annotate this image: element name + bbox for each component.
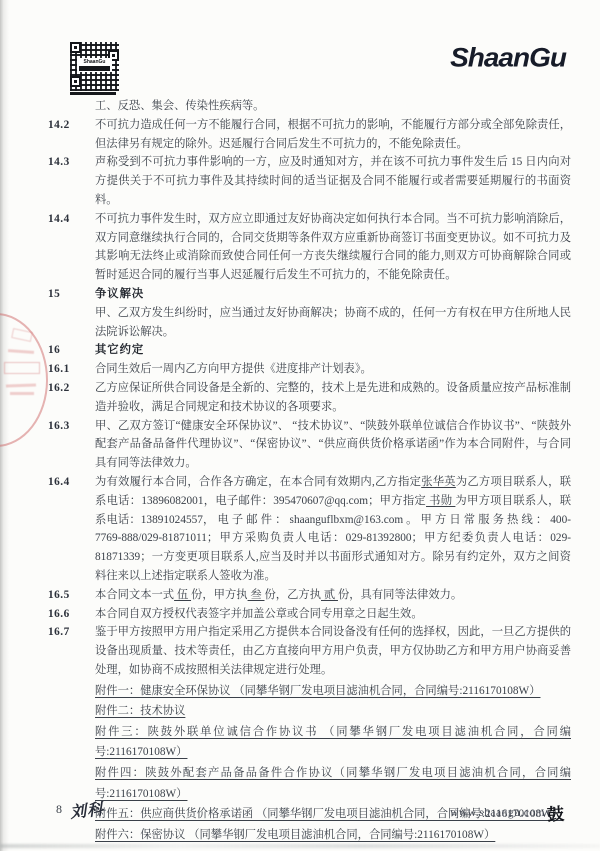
clause-number: 14.2: [48, 116, 95, 154]
clause-number: 15: [48, 285, 95, 304]
attachment-item: 附件四：陕鼓外配套产品备品备件合作协议（同攀华钢厂发电项目滤油机合同，合同编号:…: [95, 763, 571, 804]
clause-row: 14.4不可抗力事件发生时，双方应立即通过友好协商决定如何执行本合同。当不可抗力…: [48, 210, 571, 285]
clause-text: 合同生效后一周内乙方向甲方提供《进度排产计划表》。: [95, 360, 571, 379]
footer-logo-icon: 鼓: [546, 799, 565, 825]
clause-row: 15争议解决: [48, 285, 571, 304]
attachment-item: 附件二：技术协议: [95, 701, 571, 722]
clause-text: 不可抗力造成任何一方不能履行合同，根据不可抗力的影响，不能履行方部分或全部免除责…: [95, 116, 571, 154]
clause-list: 工、反恐、集会、传染性疾病等。14.2不可抗力造成任何一方不能履行合同，根据不可…: [48, 97, 571, 680]
clause-number: 16.2: [48, 379, 95, 417]
seal-mark: [10, 392, 34, 395]
clause-text: 乙方应保证所供合同设备是全新的、完整的，技术上是先进和成熟的。设备质量应按产品标…: [95, 379, 571, 417]
clause-row: 16其它约定: [48, 341, 571, 360]
clause-number: 16.5: [48, 586, 95, 605]
attachment-item: 附件一：健康安全环保协议 （同攀华钢厂发电项目滤油机合同，合同编号:211617…: [95, 681, 571, 702]
website-url: www.shaangu.com: [450, 807, 545, 819]
attachment-item: 附件六：保密协议 （同攀华钢厂发电项目滤油机合同，合同编号:2116170108…: [95, 825, 571, 846]
attachment-item: 附件三：陕鼓外联单位诚信合作协议书 （同攀华钢厂发电项目滤油机合同，合同编号:2…: [95, 722, 571, 763]
qr-finder-icon: [70, 42, 81, 53]
clause-number: 16.1: [48, 360, 95, 379]
qr-center-text: ShaanGu: [77, 59, 112, 65]
contract-body: 工、反恐、集会、传染性疾病等。14.2不可抗力造成任何一方不能履行合同，根据不可…: [48, 97, 571, 845]
qr-bottom-bar: [70, 92, 116, 95]
clause-row: 工、反恐、集会、传染性疾病等。: [48, 97, 571, 116]
clause-row: 16.4为有效履行本合同，合作各方确定，在本合同有效期内,乙方指定张华英为乙方项…: [48, 473, 571, 586]
clause-number: [48, 304, 95, 342]
clause-number: 14.4: [48, 210, 95, 285]
footer-left: 8 刘科: [56, 798, 104, 821]
clause-text: 甲、乙双方签订“健康安全环保协议”、 “技术协议”、“陕鼓外联单位诚信合作协议书…: [95, 417, 571, 473]
clause-text: 声称受到不可抗力事件影响的一方，应及时通知对方，并在该不可抗力事件发生后 15 …: [95, 153, 571, 209]
clause-text: 本合同自双方授权代表签字并加盖公章或合同专用章之日起生效。: [95, 605, 571, 624]
clause-number: 16: [48, 341, 95, 360]
qr-center-bar: [79, 66, 110, 71]
seal-mark: [4, 362, 40, 374]
clause-number: 16.4: [48, 473, 95, 586]
clause-row: 14.2不可抗力造成任何一方不能履行合同，根据不可抗力的影响，不能履行方部分或全…: [48, 116, 571, 154]
clause-number: [48, 97, 95, 116]
clause-row: 16.1合同生效后一周内乙方向甲方提供《进度排产计划表》。: [48, 360, 571, 379]
clause-number: 16.6: [48, 605, 95, 624]
clause-number: 14.3: [48, 153, 95, 209]
clause-text: 为有效履行本合同，合作各方确定，在本合同有效期内,乙方指定张华英为乙方项目联系人…: [95, 473, 571, 586]
qr-code-image: ShaanGu: [70, 42, 119, 99]
clause-row: 16.5本合同文本一式 伍 份，甲方执 叁 份，乙方执 贰 份，具有同等法律效力…: [48, 586, 571, 605]
scanned-contract-page: ShaanGu ShaanGu 工、反恐、集会、传染性疾病等。14.2不可抗力造…: [0, 0, 600, 851]
clause-text: 其它约定: [95, 341, 571, 360]
clause-row: 16.2乙方应保证所供合同设备是全新的、完整的，技术上是先进和成熟的。设备质量应…: [48, 379, 571, 417]
clause-row: 16.6本合同自双方授权代表签字并加盖公章或合同专用章之日起生效。: [48, 605, 571, 624]
clause-row: 14.3声称受到不可抗力事件影响的一方，应及时通知对方，并在该不可抗力事件发生后…: [48, 153, 571, 209]
clause-row: 16.3甲、乙双方签订“健康安全环保协议”、 “技术协议”、“陕鼓外联单位诚信合…: [48, 417, 571, 473]
clause-text: 不可抗力事件发生时，双方应立即通过友好协商决定如何执行本合同。当不可抗力影响消除…: [95, 210, 571, 285]
company-logo: ShaanGu: [450, 43, 566, 74]
clause-text: 工、反恐、集会、传染性疾病等。: [95, 97, 571, 116]
page-number: 8: [56, 802, 62, 817]
clause-text: 鉴于甲方按照甲方用户指定采用乙方提供本合同设备没有任何的选择权，因此，一旦乙方提…: [95, 623, 571, 679]
clause-text: 本合同文本一式 伍 份，甲方执 叁 份，乙方执 贰 份，具有同等法律效力。: [95, 586, 571, 605]
clause-number: 16.3: [48, 417, 95, 473]
signature-handwriting: 刘科: [69, 796, 105, 822]
clause-row: 甲、乙双方发生纠纷时，应当通过友好协商解决；协商不成的，任何一方有权在甲方住所地…: [48, 304, 571, 342]
qr-finder-icon: [70, 76, 81, 87]
clause-number: 16.7: [48, 623, 95, 679]
qr-center-label: ShaanGu: [77, 58, 112, 72]
clause-text: 争议解决: [95, 285, 571, 304]
footer-right: www.shaangu.com 鼓: [450, 800, 564, 825]
clause-row: 16.7鉴于甲方按照甲方用户指定采用乙方提供本合同设备没有任何的选择权，因此，一…: [48, 623, 571, 679]
clause-text: 甲、乙双方发生纠纷时，应当通过友好协商解决；协商不成的，任何一方有权在甲方住所地…: [95, 304, 571, 342]
